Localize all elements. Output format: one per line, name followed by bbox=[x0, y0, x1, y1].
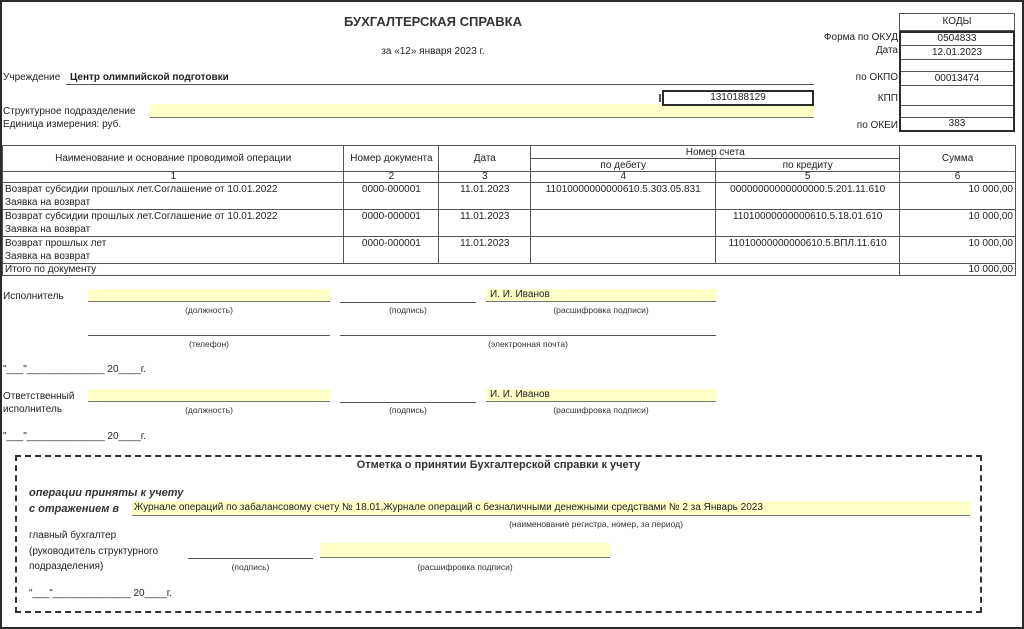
label-kpp: КПП bbox=[780, 93, 898, 104]
codes-box: 0504833 12.01.2023 00013474 383 bbox=[899, 31, 1015, 132]
cell-sum: 10 000,00 bbox=[900, 183, 1016, 210]
division-label: Структурное подразделение bbox=[3, 106, 135, 117]
col-number: 5 bbox=[716, 172, 900, 183]
executor-label: Исполнитель bbox=[3, 291, 64, 302]
cell-name: Возврат субсидии прошлых лет.Соглашение … bbox=[3, 210, 344, 237]
chief-line-1: главный бухгалтер bbox=[29, 530, 116, 541]
chief-line-2: (руководитель структурного bbox=[29, 546, 158, 557]
code-okei[interactable]: 383 bbox=[901, 118, 1013, 130]
header-date: Дата bbox=[439, 146, 531, 172]
total-value: 10 000,00 bbox=[900, 264, 1016, 276]
caption-phone: (телефон) bbox=[88, 339, 330, 349]
executor-position-field[interactable] bbox=[88, 289, 330, 302]
responsible-label-2: исполнитель bbox=[3, 404, 62, 415]
operations-table: Наименование и основание проводимой опер… bbox=[2, 145, 1016, 276]
accepted-line-1: операции приняты к учету bbox=[29, 487, 183, 499]
cell-credit: 11010000000000610.5.ВПЛ.11.610 bbox=[716, 237, 900, 264]
acceptance-title: Отметка о принятии Бухгалтерской справки… bbox=[15, 459, 982, 471]
chief-signature-line bbox=[188, 558, 313, 559]
cell-credit: 00000000000000000.5.201.11.610 bbox=[716, 183, 900, 210]
caption-signature: (подпись) bbox=[340, 405, 476, 415]
col-number: 2 bbox=[344, 172, 439, 183]
cell-debit: 11010000000000610.5.303.05.831 bbox=[531, 183, 716, 210]
cell-name: Возврат субсидии прошлых лет.Соглашение … bbox=[3, 183, 344, 210]
cell-date: 11.01.2023 bbox=[439, 210, 531, 237]
label-date: Дата bbox=[780, 45, 898, 56]
caption-position: (должность) bbox=[88, 305, 330, 315]
caption-decoding: (расшифровка подписи) bbox=[320, 562, 610, 572]
cell-date: 11.01.2023 bbox=[439, 237, 531, 264]
institution-label: Учреждение bbox=[3, 72, 60, 83]
code-empty-1[interactable] bbox=[901, 60, 1013, 72]
col-number: 6 bbox=[900, 172, 1016, 183]
cell-doc-number: 0000-000001 bbox=[344, 210, 439, 237]
responsible-label-1: Ответственный bbox=[3, 391, 74, 402]
executor-date-blank: "___"______________ 20____г. bbox=[3, 364, 146, 375]
register-field[interactable]: Журнале операций по забалансовому счету … bbox=[132, 501, 970, 516]
accepted-line-2: с отражением в bbox=[29, 503, 119, 515]
header-credit: по кредиту bbox=[716, 159, 900, 172]
col-number: 3 bbox=[439, 172, 531, 183]
responsible-date-blank: "___"______________ 20____г. bbox=[3, 431, 146, 442]
document-date: за «12» января 2023 г. bbox=[0, 46, 866, 57]
label-okei: по ОКЕИ bbox=[780, 120, 898, 131]
caption-email: (электронная почта) bbox=[340, 339, 716, 349]
responsible-name-field[interactable]: И. И. Иванов bbox=[486, 389, 716, 402]
acceptance-date-blank: "___"______________ 20____г. bbox=[29, 588, 172, 599]
header-sum: Сумма bbox=[900, 146, 1016, 172]
cell-date: 11.01.2023 bbox=[439, 183, 531, 210]
caption-position: (должность) bbox=[88, 405, 330, 415]
institution-underline bbox=[66, 84, 814, 85]
inn-marker bbox=[659, 94, 661, 102]
document-title: БУХГАЛТЕРСКАЯ СПРАВКА bbox=[0, 14, 866, 29]
cell-sum: 10 000,00 bbox=[900, 237, 1016, 264]
cell-sum: 10 000,00 bbox=[900, 210, 1016, 237]
caption-signature: (подпись) bbox=[340, 305, 476, 315]
division-field[interactable] bbox=[150, 104, 814, 118]
chief-name-field[interactable] bbox=[320, 543, 610, 558]
header-name: Наименование и основание проводимой опер… bbox=[3, 146, 344, 172]
table-row[interactable]: Возврат субсидии прошлых лет.Соглашение … bbox=[3, 183, 1016, 210]
cell-debit bbox=[531, 237, 716, 264]
caption-decoding: (расшифровка подписи) bbox=[486, 305, 716, 315]
table-row[interactable]: Возврат субсидии прошлых лет.Соглашение … bbox=[3, 210, 1016, 237]
cell-name: Возврат прошлых летЗаявка на возврат bbox=[3, 237, 344, 264]
cell-doc-number: 0000-000001 bbox=[344, 183, 439, 210]
codes-header: КОДЫ bbox=[899, 13, 1015, 31]
header-account: Номер счета bbox=[531, 146, 900, 159]
register-caption: (наименование регистра, номер, за период… bbox=[132, 519, 970, 529]
unit-label: Единица измерения: руб. bbox=[3, 119, 121, 130]
responsible-position-field[interactable] bbox=[88, 389, 330, 402]
code-empty-2[interactable] bbox=[901, 106, 1013, 118]
cell-doc-number: 0000-000001 bbox=[344, 237, 439, 264]
cell-debit bbox=[531, 210, 716, 237]
col-number: 1 bbox=[3, 172, 344, 183]
cell-credit: 11010000000000610.5.18.01.610 bbox=[716, 210, 900, 237]
responsible-signature-line bbox=[340, 402, 476, 403]
code-okud[interactable]: 0504833 bbox=[901, 33, 1013, 46]
phone-line bbox=[88, 335, 330, 336]
code-kpp[interactable] bbox=[901, 86, 1013, 106]
caption-signature: (подпись) bbox=[188, 562, 313, 572]
chief-line-3: подразделения) bbox=[29, 561, 103, 572]
email-line bbox=[340, 335, 716, 336]
header-debit: по дебету bbox=[531, 159, 716, 172]
code-date[interactable]: 12.01.2023 bbox=[901, 46, 1013, 60]
caption-decoding: (расшифровка подписи) bbox=[486, 405, 716, 415]
header-doc-number: Номер документа bbox=[344, 146, 439, 172]
label-okud: Форма по ОКУД bbox=[780, 32, 898, 43]
total-label: Итого по документу bbox=[3, 264, 900, 276]
total-row: Итого по документу 10 000,00 bbox=[3, 264, 1016, 276]
code-okpo[interactable]: 00013474 bbox=[901, 72, 1013, 86]
executor-name-field[interactable]: И. И. Иванов bbox=[486, 289, 716, 302]
institution-value[interactable]: Центр олимпийской подготовки bbox=[70, 72, 229, 83]
table-row[interactable]: Возврат прошлых летЗаявка на возврат 000… bbox=[3, 237, 1016, 264]
label-okpo: по ОКПО bbox=[780, 72, 898, 83]
col-number: 4 bbox=[531, 172, 716, 183]
executor-signature-line bbox=[340, 302, 476, 303]
